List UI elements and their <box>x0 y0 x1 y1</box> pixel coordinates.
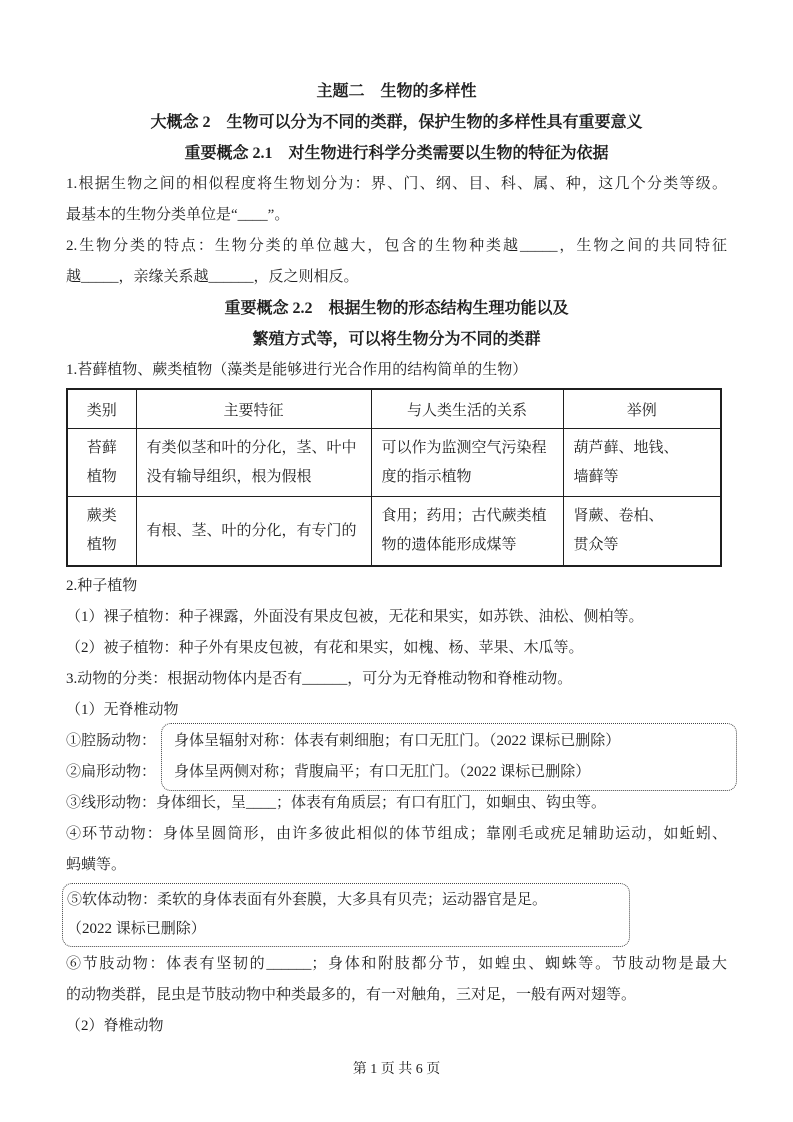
col-header-examples: 举例 <box>563 389 721 429</box>
plants-intro: 1.苔藓植物、蕨类植物（藻类是能够进行光合作用的结构简单的生物） <box>66 355 727 386</box>
cell-category: 苔藓 植物 <box>67 429 136 497</box>
cell-features: 有类似茎和叶的分化，茎、叶中 没有输导组织，根为假根 <box>136 429 371 497</box>
cell-line: 墙藓等 <box>574 463 711 492</box>
cell-examples: 葫芦藓、地钱、 墙藓等 <box>563 429 721 497</box>
cnidarian-item: ①腔肠动物： 身体呈辐射对称：体表有刺细胞；有口无肛门。（2022 课标已删除） <box>66 726 727 757</box>
cell-line: 植物 <box>78 531 126 560</box>
angiosperm-item: （2）被子植物：种子外有果皮包被，有花和果实，如槐、杨、苹果、木瓜等。 <box>66 633 727 664</box>
cell-line: 苔藓 <box>78 434 126 463</box>
cnidarian-flatworm-block: ①腔肠动物： 身体呈辐射对称：体表有刺细胞；有口无肛门。（2022 课标已删除）… <box>66 726 727 788</box>
cell-line: 没有输导组织，根为假根 <box>147 463 361 492</box>
classification-p1-line1: 1.根据生物之间的相似程度将生物划分为：界、门、纲、目、科、属、种，这几个分类等… <box>66 169 727 200</box>
cell-features: 有根、茎、叶的分化，有专门的 <box>136 497 371 567</box>
concept-22-heading-line2: 繁殖方式等，可以将生物分为不同的类群 <box>66 324 727 355</box>
cell-category: 蕨类 植物 <box>67 497 136 567</box>
cell-line: 蕨类 <box>78 502 126 531</box>
mollusk-item-line1: ⑤软体动物：柔软的身体表面有外套膜，大多具有贝壳；运动器官是足。 <box>67 886 629 915</box>
cell-line: 度的指示植物 <box>382 463 553 492</box>
vertebrate-title: （2）脊椎动物 <box>66 1011 727 1042</box>
concept-21-heading: 重要概念 2.1 对生物进行科学分类需要以生物的特征为依据 <box>66 138 727 169</box>
table-row-fern: 蕨类 植物 有根、茎、叶的分化，有专门的 食用；药用；古代蕨类植 物的遗体能形成… <box>67 497 721 567</box>
col-header-features: 主要特征 <box>136 389 371 429</box>
cnidarian-label: ①腔肠动物： <box>66 726 161 757</box>
flatworm-text: 身体呈两侧对称；背腹扁平；有口无肛门。（2022 课标已删除） <box>161 757 590 788</box>
cell-line: 葫芦藓、地钱、 <box>574 434 711 463</box>
cell-relation: 食用；药用；古代蕨类植 物的遗体能形成煤等 <box>371 497 563 567</box>
col-header-category: 类别 <box>67 389 136 429</box>
classification-p2-line1: 2.生物分类的特点：生物分类的单位越大，包含的生物种类越_____，生物之间的共… <box>66 231 727 262</box>
table-row-moss: 苔藓 植物 有类似茎和叶的分化，茎、叶中 没有输导组织，根为假根 可以作为监测空… <box>67 429 721 497</box>
annelid-item-line1: ④环节动物：身体呈圆筒形，由许多彼此相似的体节组成；靠刚毛或疣足辅助运动，如蚯蚓… <box>66 819 727 850</box>
animals-intro: 3.动物的分类：根据动物体内是否有______，可分为无脊椎动物和脊椎动物。 <box>66 664 727 695</box>
cell-line: 有类似茎和叶的分化，茎、叶中 <box>147 434 361 463</box>
nematode-item: ③线形动物：身体细长，呈____；体表有角质层；有口有肛门，如蛔虫、钩虫等。 <box>66 788 727 819</box>
cell-line: 物的遗体能形成煤等 <box>382 531 553 560</box>
classification-p1-line2: 最基本的生物分类单位是“____”。 <box>66 200 727 231</box>
classification-p2-line2: 越_____，亲缘关系越______，反之则相反。 <box>66 262 727 293</box>
topic-heading: 主题二 生物的多样性 <box>66 76 727 107</box>
cell-line: 食用；药用；古代蕨类植 <box>382 502 553 531</box>
cell-line: 贯众等 <box>574 531 711 560</box>
gymnosperm-item: （1）裸子植物：种子裸露，外面没有果皮包被，无花和果实，如苏铁、油松、侧柏等。 <box>66 602 727 633</box>
arthropod-item-line1: ⑥节肢动物：体表有坚韧的______；身体和附肢都分节，如蝗虫、蜘蛛等。节肢动物… <box>66 949 727 980</box>
page-number-footer: 第 1 页 共 6 页 <box>66 1054 727 1085</box>
document-page: 主题二 生物的多样性 大概念 2 生物可以分为不同的类群，保护生物的多样性具有重… <box>0 0 793 1122</box>
cell-relation: 可以作为监测空气污染程 度的指示植物 <box>371 429 563 497</box>
flatworm-label: ②扁形动物： <box>66 757 161 788</box>
col-header-relation: 与人类生活的关系 <box>371 389 563 429</box>
cnidarian-text: 身体呈辐射对称：体表有刺细胞；有口无肛门。（2022 课标已删除） <box>161 726 620 757</box>
seed-plants-title: 2.种子植物 <box>66 571 727 602</box>
cell-line: 植物 <box>78 463 126 492</box>
cell-line: 可以作为监测空气污染程 <box>382 434 553 463</box>
mollusk-deleted-dashed-box: ⑤软体动物：柔软的身体表面有外套膜，大多具有贝壳；运动器官是足。 （2022 课… <box>62 883 630 947</box>
concept-22-heading-line1: 重要概念 2.2 根据生物的形态结构生理功能以及 <box>66 293 727 324</box>
big-concept-heading: 大概念 2 生物可以分为不同的类群，保护生物的多样性具有重要意义 <box>66 107 727 138</box>
annelid-item-line2: 蚂蟥等。 <box>66 850 727 881</box>
table-header-row: 类别 主要特征 与人类生活的关系 举例 <box>67 389 721 429</box>
arthropod-item-line2: 的动物类群，昆虫是节肢动物中种类最多的，有一对触角，三对足，一般有两对翅等。 <box>66 980 727 1011</box>
plants-table: 类别 主要特征 与人类生活的关系 举例 苔藓 植物 有类似茎和叶的分化，茎、叶中… <box>66 388 722 567</box>
invertebrate-title: （1）无脊椎动物 <box>66 695 727 726</box>
cell-examples: 肾蕨、卷柏、 贯众等 <box>563 497 721 567</box>
flatworm-item: ②扁形动物： 身体呈两侧对称；背腹扁平；有口无肛门。（2022 课标已删除） <box>66 757 727 788</box>
cell-line: 有根、茎、叶的分化，有专门的 <box>147 517 361 546</box>
mollusk-item-line2: （2022 课标已删除） <box>67 915 629 944</box>
cell-line: 肾蕨、卷柏、 <box>574 502 711 531</box>
